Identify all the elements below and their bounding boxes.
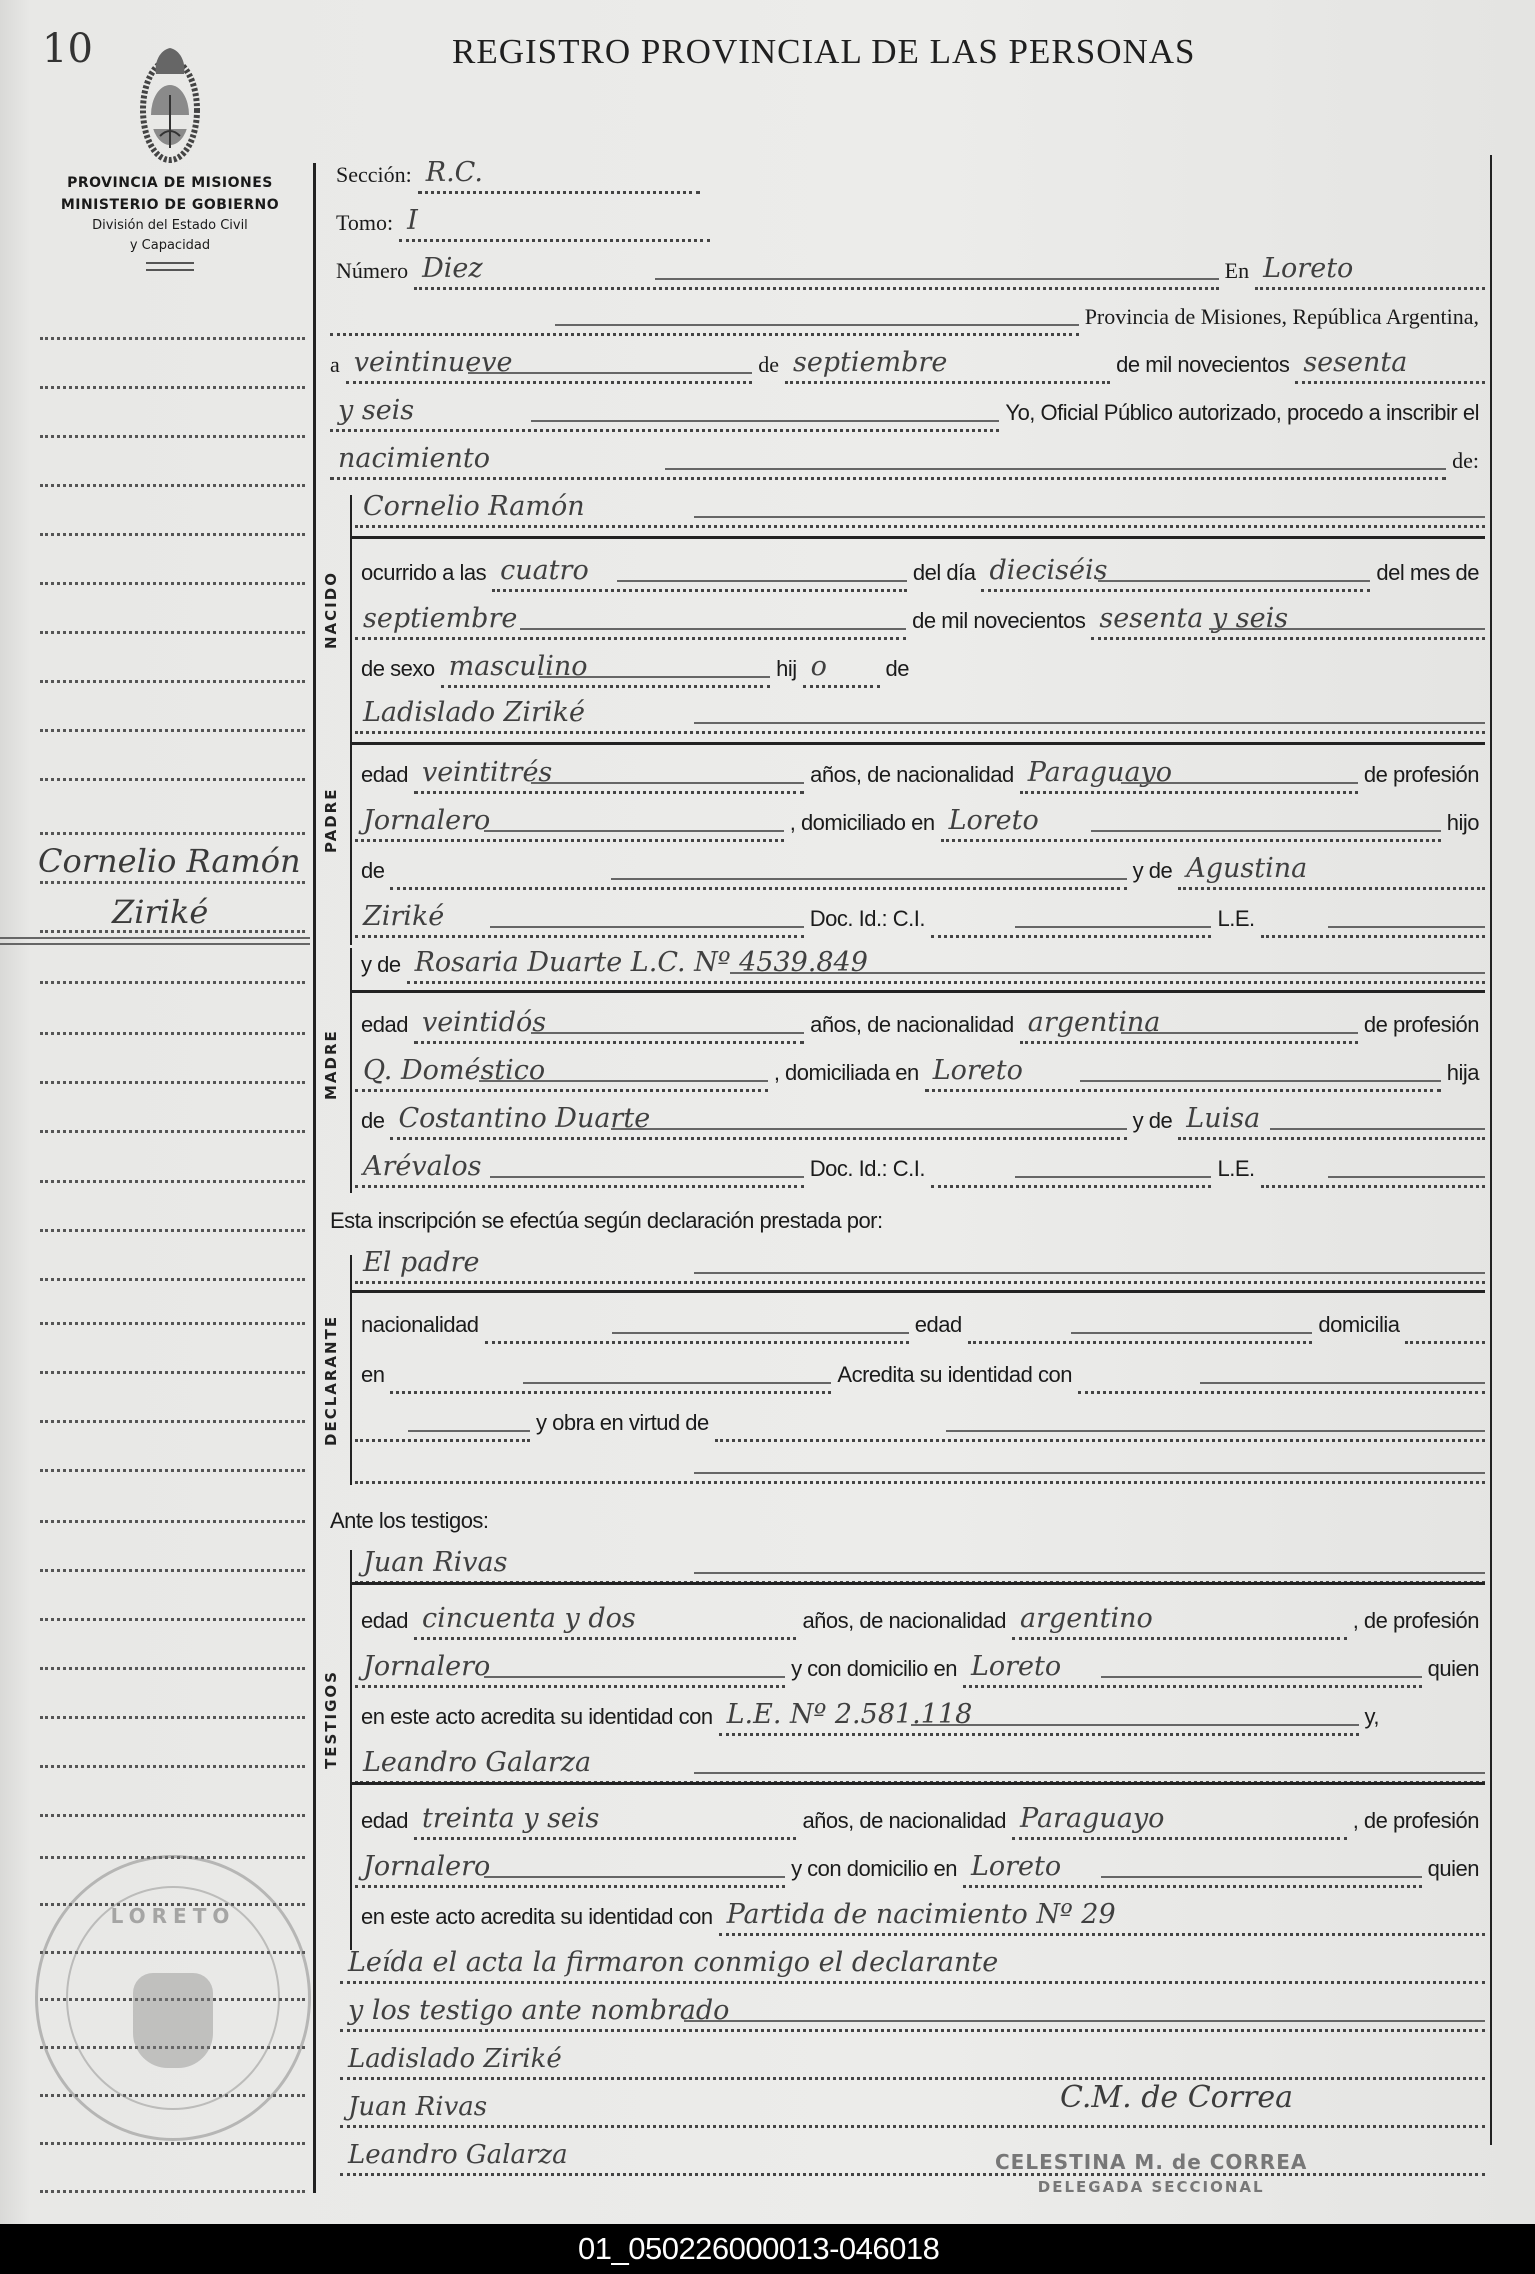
declarant-name-field[interactable]: El padre [355,1241,1485,1284]
father-nationality-field[interactable]: Paraguayo [1020,751,1358,794]
mother-age-row: edad veintidós años, de nacionalidad arg… [355,1000,1485,1044]
padre-bracket [350,705,352,945]
mother-mother-field[interactable]: Luisa [1178,1097,1485,1140]
father-father-field[interactable] [390,847,1126,890]
birth-day-field[interactable]: dieciséis [981,549,1370,592]
signature-line-2: Juan Rivas [340,2084,1485,2128]
margin-annotation-name: Cornelio Ramón [38,842,301,880]
province-row: Provincia de Misiones, República Argenti… [330,292,1485,336]
birth-month-field[interactable]: septiembre [355,597,906,640]
provincial-registry-seal-icon: LORETO [35,1855,311,2141]
father-profession-row: Jornalero , domiciliado en Loreto hijo [355,798,1485,842]
document-page: 10 REGISTRO PROVINCIAL DE LAS PERSONAS P… [0,0,1535,2224]
mother-age-field[interactable]: veintidós [414,1001,804,1044]
newborn-name-row: Cornelio Ramón [355,484,1485,528]
official-stamp: CELESTINA M. de CORREA DELEGADA SECCIONA… [995,2150,1307,2196]
child-suffix-field[interactable]: o [803,645,880,688]
father-mother-field[interactable]: Agustina [1178,847,1485,890]
declarant-name-row: El padre [355,1240,1485,1284]
official-signature: C.M. de Correa [1060,2080,1293,2115]
right-border [1490,155,1492,2145]
witness2-signature: Leandro Galarza [340,2133,1485,2176]
declarant-id-row: en Acredita su identidad con [355,1350,1485,1394]
father-profession-field[interactable]: Jornalero [355,799,784,842]
mother-ci-field[interactable] [931,1145,1211,1188]
issuing-agency: PROVINCIA DE MISIONES MINISTERIO DE GOBI… [30,172,310,271]
date-row: a veintinueve de septiembre de mil novec… [330,340,1485,384]
mother-doc-row: Arévalos Doc. Id.: C.I. L.E. [355,1144,1485,1188]
birth-hour-field[interactable]: cuatro [492,549,907,592]
father-ci-field[interactable] [931,895,1211,938]
declarant-signature: Ladislado Ziriké [340,2037,1485,2080]
closing-line-1: Leída el acta la firmaron conmigo el dec… [340,1940,1485,1984]
nacido-bracket [350,495,352,705]
signature-line-1: Ladislado Ziriké [340,2036,1485,2080]
witness1-age-field[interactable]: cincuenta y dos [414,1597,796,1640]
agency-underline [146,262,194,271]
mother-address-field[interactable]: Loreto [925,1049,1441,1092]
birth-date-row: septiembre de mil novecientos sesenta y … [355,596,1485,640]
witness1-name-row: Juan Rivas [355,1540,1485,1584]
tomo-field[interactable]: I [399,199,710,242]
mother-profession-field[interactable]: Q. Doméstico [355,1049,768,1092]
birth-year-field[interactable]: sesenta y seis [1091,597,1485,640]
sex-row: de sexo masculino hij o de [355,644,915,688]
witness1-address-field[interactable]: Loreto [963,1645,1422,1688]
witness2-name-field[interactable]: Leandro Galarza [355,1741,1485,1784]
declarant-extra-field[interactable] [355,1441,1485,1484]
mother-mother-cont-field[interactable]: Arévalos [355,1145,804,1188]
province-blank-field[interactable] [330,293,1079,336]
mother-parents-row: de Costantino Duarte y de Luisa [355,1096,1485,1140]
page-number: 10 [42,26,93,72]
declarant-id-field[interactable] [1078,1351,1485,1394]
margin-divider [313,163,316,2193]
newborn-name-field[interactable]: Cornelio Ramón [355,485,1485,528]
witness2-age-field[interactable]: treinta y seis [414,1797,796,1840]
numero-field[interactable]: Diez [414,247,1219,290]
padre-section-label: PADRE [322,760,346,880]
closing-text-2[interactable]: y los testigo ante nombrado [340,1989,1485,2032]
mother-father-field[interactable]: Costantino Duarte [390,1097,1126,1140]
image-code: 01_050226000013-046018 [578,2231,939,2267]
seccion-field[interactable]: R.C. [418,151,700,194]
father-age-row: edad veintitrés años, de nacionalidad Pa… [355,750,1485,794]
declarant-id-cont-field[interactable] [355,1399,530,1442]
registration-year-field[interactable]: sesenta [1295,341,1485,384]
witness2-nationality-field[interactable]: Paraguayo [1012,1797,1347,1840]
registration-day-field[interactable]: veintinueve [346,341,752,384]
testigos-bracket [350,1550,352,1950]
declarant-nationality-field[interactable] [485,1301,909,1344]
witness1-signature: Juan Rivas [340,2085,1485,2128]
witnesses-intro-row: Ante los testigos: [330,1496,1485,1540]
witness2-name-row: Leandro Galarza [355,1740,1485,1784]
mother-name-field[interactable]: Rosaria Duarte L.C. Nº 4539.849 [407,941,1485,984]
witness2-address-field[interactable]: Loreto [963,1845,1422,1888]
declarant-intro-row: Esta inscripción se efectúa según declar… [330,1196,1485,1240]
declarante-section-label: DECLARANTE [322,1310,346,1450]
registration-year-cont-field[interactable]: y seis [330,389,999,432]
declarant-authority-field[interactable] [715,1399,1485,1442]
declarant-address-field[interactable] [1405,1301,1485,1344]
witness1-id-field[interactable]: L.E. Nº 2.581.118 [719,1693,1359,1736]
madre-section-label: MADRE [322,1010,346,1120]
declarant-age-field[interactable] [968,1301,1313,1344]
nacido-section-label: NACIDO [322,540,346,680]
document-title: REGISTRO PROVINCIAL DE LAS PERSONAS [452,32,1196,72]
father-doc-row: Ziriké Doc. Id.: C.I. L.E. [355,894,1485,938]
declarant-authority-row: y obra en virtud de [355,1398,1485,1442]
witness2-profession-field[interactable]: Jornalero [355,1845,785,1888]
signature-line-3: Leandro Galarza [340,2132,1485,2176]
witness1-nationality-field[interactable]: argentino [1012,1597,1347,1640]
birth-time-row: ocurrido a las cuatro del día dieciséis … [355,548,1485,592]
father-parents-row: de y de Agustina [355,846,1485,890]
witness2-id-row: en este acto acredita su identidad con P… [355,1892,1485,1936]
argentina-coat-of-arms-icon [140,40,200,165]
father-mother-cont-field[interactable]: Ziriké [355,895,804,938]
declarant-nationality-row: nacionalidad edad domicilia [355,1300,1485,1344]
mother-nationality-field[interactable]: argentina [1020,1001,1358,1044]
father-age-field[interactable]: veintitrés [414,751,804,794]
seccion-row: Sección: R.C. [330,150,700,194]
declarant-extra-row [355,1440,1485,1484]
witness2-age-row: edad treinta y seis años, de nacionalida… [355,1796,1485,1840]
madre-bracket [350,948,352,1193]
father-name-field[interactable]: Ladislado Ziriké [355,691,1485,734]
closing-line-2: y los testigo ante nombrado [340,1988,1485,2032]
sex-field[interactable]: masculino [441,645,771,688]
declarant-locality-field[interactable] [390,1351,831,1394]
father-le-field[interactable] [1261,895,1485,938]
witness1-age-row: edad cincuenta y dos años, de nacionalid… [355,1596,1485,1640]
act-type-field[interactable]: nacimiento [330,437,1446,480]
witness1-profession-field[interactable]: Jornalero [355,1645,785,1688]
witness1-name-field[interactable]: Juan Rivas [355,1541,1485,1584]
witness1-id-row: en este acto acredita su identidad con L… [355,1692,1385,1736]
witness2-id-field[interactable]: Partida de nacimiento Nº 29 [719,1893,1485,1936]
closing-text-1[interactable]: Leída el acta la firmaron conmigo el dec… [340,1941,1485,1984]
image-code-bar: 01_050226000013-046018 [0,2224,1535,2274]
numero-row: Número Diez En Loreto [330,246,1485,290]
locality-field[interactable]: Loreto [1255,247,1485,290]
mother-profession-row: Q. Doméstico , domiciliada en Loreto hij… [355,1048,1485,1092]
margin-annotation-surname: Ziriké [112,893,208,931]
mother-le-field[interactable] [1261,1145,1485,1188]
registration-month-field[interactable]: septiembre [785,341,1110,384]
witness1-profession-row: Jornalero y con domicilio en Loreto quie… [355,1644,1485,1688]
official-row: y seis Yo, Oficial Público autorizado, p… [330,388,1485,432]
testigos-section-label: TESTIGOS [322,1660,346,1780]
witness2-profession-row: Jornalero y con domicilio en Loreto quie… [355,1844,1485,1888]
act-type-row: nacimiento de: [330,436,1485,480]
father-address-field[interactable]: Loreto [941,799,1441,842]
tomo-row: Tomo: I [330,198,710,242]
mother-name-row: y de Rosaria Duarte L.C. Nº 4539.849 [355,940,1485,984]
father-name-row: Ladislado Ziriké [355,690,1485,734]
